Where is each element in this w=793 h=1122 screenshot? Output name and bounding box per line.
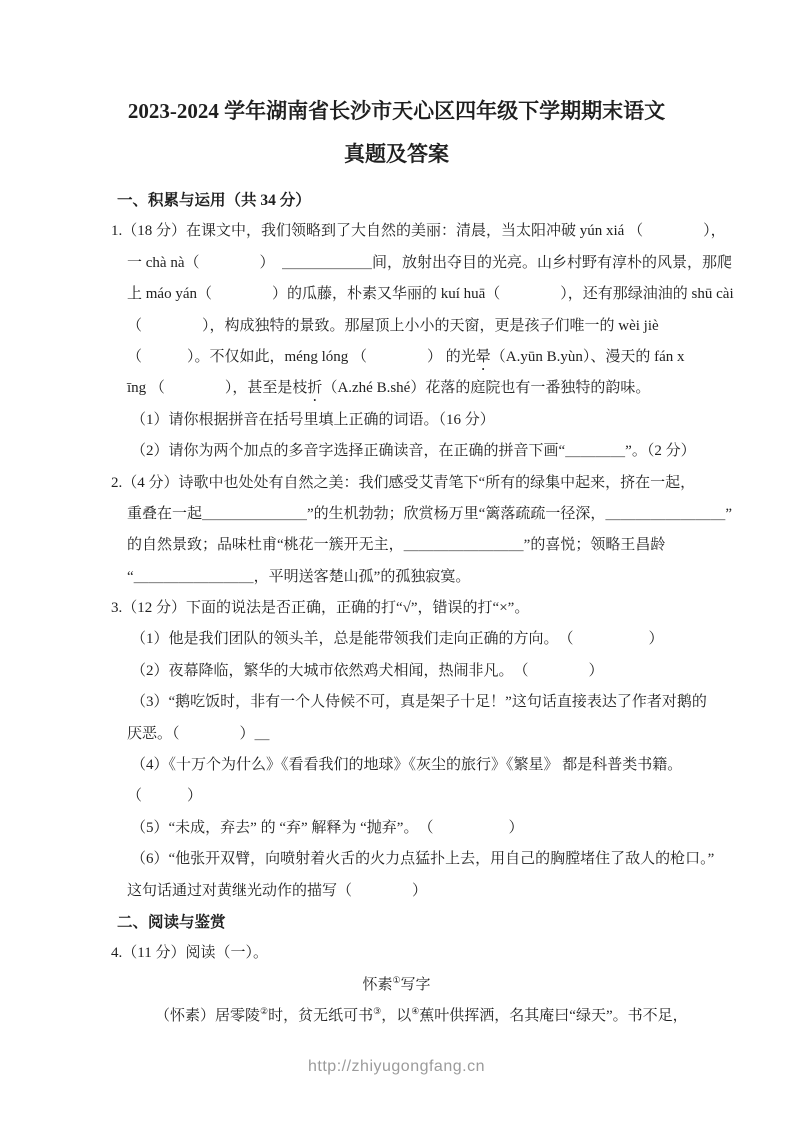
q1-line-4: （ ），构成独特的景致。那屋顶上小小的天窗，更是孩子们唯一的 wèi jiè — [0, 311, 793, 342]
q3-item-3-line-1: （3）“鹅吃饭时，非有一个人侍候不可，真是架子十足！”这句话直接表达了作者对鹅的 — [0, 687, 793, 718]
q3-item-6-line-2: 这句话通过对黄继光动作的描写（ ） — [0, 876, 793, 907]
q1-subitem-1: （1）请你根据拼音在括号里填上正确的词语。（16 分） — [0, 405, 793, 436]
q4-line-1: 4.（11 分）阅读（一）。 — [0, 938, 793, 969]
reading-passage-line-1: （怀素）居零陵②时，贫无纸可书③，以④蕉叶供挥洒，名其庵曰“绿天”。书不足， — [0, 1001, 793, 1032]
document-title: 2023-2024 学年湖南省长沙市天心区四年级下学期期末语文 真题及答案 — [0, 90, 793, 176]
q1-line-5: （ ）。不仅如此，méng lóng （ ） 的光晕（A.yūn B.yùn）、… — [0, 342, 793, 373]
q1-line-6-pre: īng （ ），甚至是枝 — [127, 380, 307, 396]
passage-seg-2: 时，贫无纸可书 — [268, 1008, 373, 1024]
q1-line-6-dotted-char: 折 — [307, 380, 322, 396]
q1-line-6-post: （A.zhé B.shé）花落的庭院也有一番独特的韵味。 — [322, 380, 650, 396]
q2-line-1: 2.（4 分）诗歌中也处处有自然之美：我们感受艾青笔下“所有的绿集中起来，挤在一… — [0, 468, 793, 499]
q1-line-5-post: （A.yūn B.yùn）、漫天的 fán x — [491, 349, 685, 365]
passage-seg-3: ，以 — [381, 1008, 411, 1024]
passage-seg-1: （怀素）居零陵 — [155, 1008, 260, 1024]
q1-subitem-2: （2）请你为两个加点的多音字选择正确读音，在正确的拼音下画“＿＿＿＿”。（2 分… — [0, 436, 793, 467]
passage-footnote-2: ② — [260, 1006, 268, 1016]
reading-title-footnote-1: ① — [392, 975, 400, 985]
reading-passage-title: 怀素①写字 — [0, 970, 793, 1001]
passage-footnote-3: ③ — [373, 1006, 381, 1016]
q1-line-2: 一 chà nà（ ） ＿＿＿＿＿＿间，放射出夺目的光亮。山乡村野有淳朴的风景，… — [0, 248, 793, 279]
q2-line-2: 重叠在一起＿＿＿＿＿＿＿”的生机勃勃；欣赏杨万里“篱落疏疏一径深，＿＿＿＿＿＿＿… — [0, 499, 793, 530]
q3-item-4-line-1: （4）《十万个为什么》《看看我们的地球》《灰尘的旅行》《繁星》 都是科普类书籍。 — [0, 750, 793, 781]
q1-line-3: 上 máo yán（ ）的瓜藤，朴素又华丽的 kuí huā（ ），还有那绿油油… — [0, 279, 793, 310]
q1-line-5-pre: （ ）。不仅如此，méng lóng （ ） 的光 — [127, 349, 476, 365]
exam-page: 2023-2024 学年湖南省长沙市天心区四年级下学期期末语文 真题及答案 一、… — [0, 0, 793, 1122]
document-title-line-2: 真题及答案 — [0, 133, 793, 176]
q3-item-1: （1）他是我们团队的领头羊，总是能带领我们走向正确的方向。 （ ） — [0, 624, 793, 655]
q1-line-1: 1.（18 分）在课文中，我们领略到了大自然的美丽：清晨，当太阳冲破 yún x… — [0, 216, 793, 247]
footer-url: http://zhiyugongfang.cn — [0, 1058, 793, 1076]
q3-item-6-line-1: （6）“他张开双臂，向喷射着火舌的火力点猛扑上去，用自己的胸膛堵住了敌人的枪口。… — [0, 844, 793, 875]
q2-line-3: 的自然景致；品味杜甫“桃花一簇开无主，＿＿＿＿＿＿＿＿”的喜悦；领略王昌龄 — [0, 530, 793, 561]
q1-line-6: īng （ ），甚至是枝折（A.zhé B.shé）花落的庭院也有一番独特的韵味… — [0, 373, 793, 404]
q3-item-5: （5）“未成，弃去” 的 “弃” 解释为 “抛弃”。 （ ） — [0, 813, 793, 844]
q3-item-4-line-2: （ ） — [0, 781, 793, 812]
q3-item-3-line-2: 厌恶。（ ）＿ — [0, 719, 793, 750]
q1-line-5-dotted-char: 晕 — [476, 349, 491, 365]
section-1-heading: 一、积累与运用（共 34 分） — [0, 185, 793, 216]
reading-title-pre: 怀素 — [362, 977, 392, 993]
q3-item-2: （2）夜幕降临，繁华的大城市依然鸡犬相闻，热闹非凡。 （ ） — [0, 656, 793, 687]
q2-line-4: “＿＿＿＿＿＿＿＿，平明送客楚山孤”的孤独寂寞。 — [0, 562, 793, 593]
reading-title-post: 写字 — [401, 977, 431, 993]
q3-line-1: 3.（12 分）下面的说法是否正确，正确的打“√”，错误的打“×”。 — [0, 593, 793, 624]
passage-seg-4: 蕉叶供挥洒，名其庵曰“绿天”。书不足， — [419, 1008, 687, 1024]
section-2-heading: 二、阅读与鉴赏 — [0, 907, 793, 938]
document-title-line-1: 2023-2024 学年湖南省长沙市天心区四年级下学期期末语文 — [0, 90, 793, 133]
